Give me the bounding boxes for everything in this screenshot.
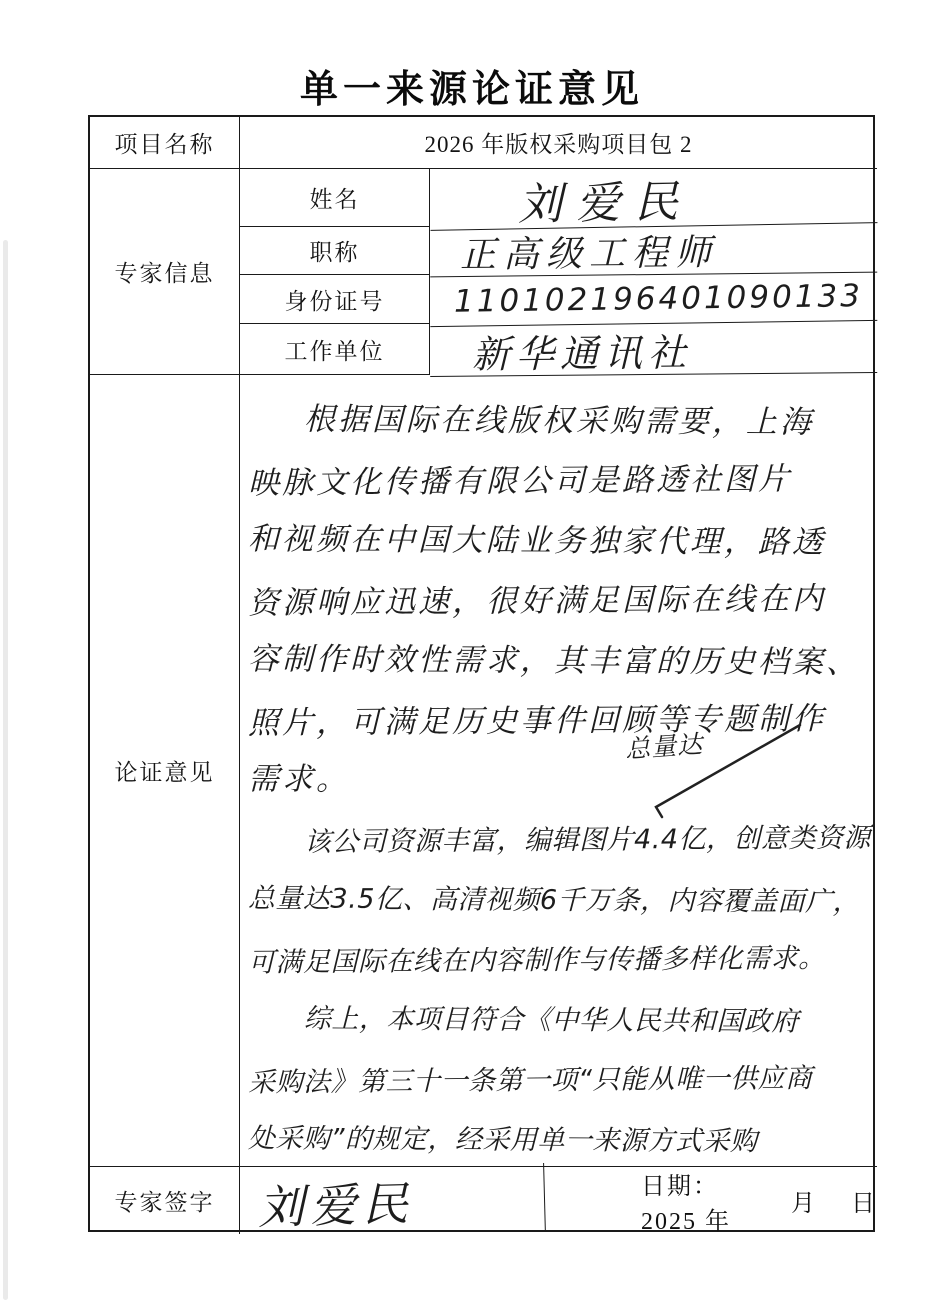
- project-name-label: 项目名称: [90, 117, 240, 169]
- opinion-body: 根据国际在线版权采购需要，上海 映脉文化传播有限公司是路透社图片 和视频在中国大…: [240, 375, 877, 1167]
- date-prefix: 日期：2025 年: [641, 1166, 757, 1236]
- opinion-line: 采购法》第三十一条第一项“只能从唯一供应商: [240, 1044, 877, 1109]
- job-title-value-handwritten: 正高级工程师: [430, 225, 877, 278]
- work-unit-label: 工作单位: [240, 324, 430, 375]
- work-unit-value-handwritten: 新华通讯社: [430, 322, 877, 377]
- opinion-line: 可满足国际在线在内容制作与传播多样化需求。: [240, 924, 877, 989]
- signature-value-handwritten: 刘爱民: [239, 1163, 546, 1238]
- form-table: 项目名称 2026 年版权采购项目包 2 专家信息 姓名 刘爱民 职称 正高级工…: [88, 115, 875, 1232]
- id-number-label: 身份证号: [240, 275, 430, 324]
- page-title: 单一来源论证意见: [0, 58, 944, 113]
- date-cell: 日期：2025 年 月 日: [545, 1167, 877, 1234]
- opinion-line: 资源响应迅速，很好满足国际在线在内: [240, 564, 877, 629]
- scan-artifact: [3, 240, 8, 1300]
- opinion-line: 综上，本项目符合《中华人民共和国政府: [240, 985, 877, 1049]
- opinion-line: 映脉文化传播有限公司是路透社图片: [240, 444, 877, 509]
- opinion-line: 总量达3.5亿、高清视频6千万条，内容覆盖面广，: [240, 865, 877, 929]
- signature-section-label: 专家签字: [90, 1167, 240, 1234]
- expert-info-section-label: 专家信息: [90, 169, 240, 375]
- opinion-line: 和视频在中国大陆业务独家代理，路透: [240, 505, 877, 569]
- date-month-label: 月: [791, 1183, 817, 1218]
- insertion-note-handwritten: 总量达: [624, 724, 704, 765]
- opinion-section-label: 论证意见: [90, 375, 240, 1167]
- project-name-value: 2026 年版权采购项目包 2: [240, 117, 877, 169]
- opinion-line: 处采购”的规定，经采用单一来源方式采购: [240, 1105, 877, 1167]
- opinion-line: 根据国际在线版权采购需要，上海: [240, 385, 877, 449]
- date-day-label: 日: [851, 1183, 877, 1218]
- job-title-label: 职称: [240, 227, 430, 275]
- id-number-value-handwritten: 110102196401090133: [430, 272, 878, 327]
- name-label: 姓名: [240, 169, 430, 227]
- name-value-handwritten: 刘爱民: [430, 165, 878, 231]
- opinion-line: 容制作时效性需求，其丰富的历史档案、: [240, 625, 877, 689]
